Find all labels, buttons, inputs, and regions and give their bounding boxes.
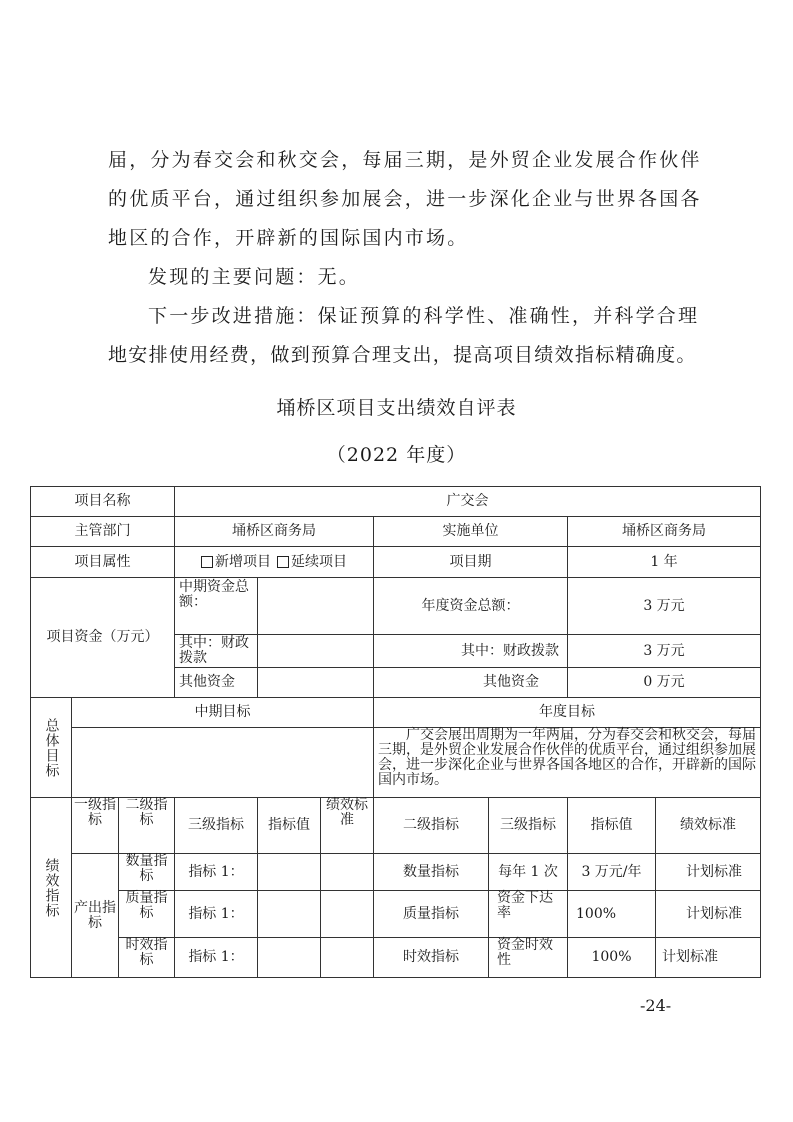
row-r-level3: 每年 1 次 [488,853,568,891]
mid-total-value [257,577,374,635]
row-r-value: 100% [567,890,656,938]
mid-goal-label: 中期目标 [71,697,374,728]
dept-label: 主管部门 [30,516,175,547]
level1-output: 产出指标 [71,853,119,978]
perf-label: 绩效指标 [30,797,72,978]
annual-goal-text: 广交会展出周期为一年两届，分为春交会和秋交会，每届三期，是外贸企业发展合作伙伴的… [373,727,761,798]
table-subtitle: （2022 年度） [0,440,793,467]
goals-label: 总体目标 [30,697,72,798]
row-r-level2: 质量指标 [373,890,489,938]
row-level3: 指标 1： [174,890,258,938]
row-r-level3: 资金下达率 [488,890,568,938]
table-title: 埇桥区项目支出绩效自评表 [0,393,793,420]
row-value [257,937,321,978]
checkbox-continued-project[interactable] [277,556,289,568]
annual-fiscal-label: 其中：财政拨款 [373,634,568,668]
text-line: 的优质平台，通过组织参加展会，进一步深化企业与世界各国各 [108,180,688,219]
text-line: 地区的合作，开辟新的国际国内市场。 [108,219,688,258]
attr-new-label: 新增项目 [215,555,271,570]
header-r-value: 指标值 [567,797,656,854]
project-name-value: 广交会 [174,486,761,517]
header-level3: 三级指标 [174,797,258,854]
row-r-level2: 时效指标 [373,937,489,978]
header-standard: 绩效标准 [320,797,374,854]
annual-other-label: 其他资金 [373,667,568,698]
funds-label: 项目资金（万元） [30,577,175,698]
header-r-level2: 二级指标 [373,797,489,854]
impl-unit-value: 埇桥区商务局 [567,516,761,547]
row-value [257,890,321,938]
row-level2: 质量指标 [118,890,175,938]
mid-other-label: 其他资金 [174,667,258,698]
annual-fiscal-value: 3 万元 [567,634,761,668]
attr-cont-label: 延续项目 [291,555,347,570]
mid-fiscal-value [257,634,374,668]
mid-total-label: 中期资金总额： [174,577,258,635]
attr-options: 新增项目 延续项目 [174,546,374,578]
attr-label: 项目属性 [30,546,175,578]
row-level3: 指标 1： [174,853,258,891]
row-standard [320,890,374,938]
text-line: 地安排使用经费，做到预算合理支出，提高项目绩效指标精确度。 [108,336,688,375]
row-r-standard: 计划标准 [655,890,761,938]
row-level2: 数量指标 [118,853,175,891]
row-level2: 时效指标 [118,937,175,978]
annual-total-value: 3 万元 [567,577,761,635]
row-r-standard: 计划标准 [655,937,761,978]
dept-value: 埇桥区商务局 [174,516,374,547]
row-value [257,853,321,891]
header-r-standard: 绩效标准 [655,797,761,854]
text-line: 届，分为春交会和秋交会，每届三期，是外贸企业发展合作伙伴 [108,141,688,180]
mid-fiscal-label: 其中：财政拨款 [174,634,258,668]
row-r-level2: 数量指标 [373,853,489,891]
header-r-level3: 三级指标 [488,797,568,854]
impl-unit-label: 实施单位 [373,516,568,547]
period-label: 项目期 [373,546,568,578]
problems-text: 发现的主要问题：无。 [108,258,688,297]
header-level2: 二级指标 [118,797,175,854]
row-standard [320,937,374,978]
page-number: -24- [640,996,671,1015]
row-r-value: 100% [567,937,656,978]
row-r-standard: 计划标准 [655,853,761,891]
header-level1: 一级指标 [71,797,119,854]
period-value: 1 年 [567,546,761,578]
annual-other-value: 0 万元 [567,667,761,698]
header-value: 指标值 [257,797,321,854]
row-level3: 指标 1： [174,937,258,978]
row-r-level3: 资金时效性 [488,937,568,978]
annual-total-label: 年度资金总额： [373,577,568,635]
row-standard [320,853,374,891]
checkbox-new-project[interactable] [201,556,213,568]
mid-other-value [257,667,374,698]
row-r-value: 3 万元/年 [567,853,656,891]
mid-goal-text [71,727,374,798]
project-name-label: 项目名称 [30,486,175,517]
paragraph-canton-fair: 届，分为春交会和秋交会，每届三期，是外贸企业发展合作伙伴 的优质平台，通过组织参… [108,141,688,375]
text-line: 下一步改进措施：保证预算的科学性、准确性，并科学合理 [108,297,688,336]
annual-goal-label: 年度目标 [373,697,761,728]
